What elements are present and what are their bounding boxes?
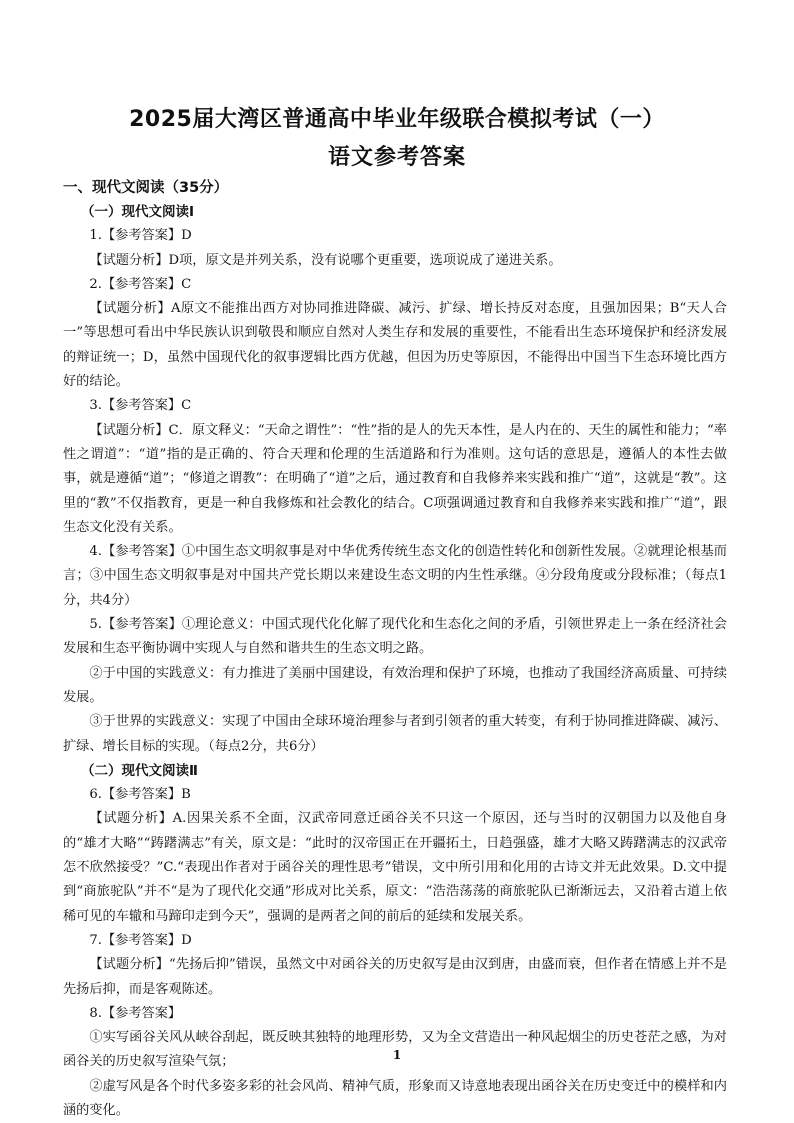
answer-q5-point-2: ②于中国的实践意义：有力推进了美丽中国建设，有效治理和保护了环境，也推动了我国经… [63, 662, 727, 711]
answer-q1: 1.【参考答案】D [63, 224, 727, 248]
document-page: 2025届大湾区普通高中毕业年级联合模拟考试（一） 语文参考答案 一、现代文阅读… [0, 0, 794, 1123]
document-body: 一、现代文阅读（35分） （一）现代文阅读Ⅰ 1.【参考答案】D 【试题分析】D… [63, 176, 727, 1123]
subsection-heading-reading-2: （二）现代文阅读Ⅱ [63, 759, 727, 783]
page-number: 1 [0, 1048, 794, 1062]
answer-q7: 7.【参考答案】D [63, 929, 727, 953]
document-subtitle: 语文参考答案 [0, 143, 794, 173]
answer-q8-point-2: ②虚写风是各个时代多姿多彩的社会风尚、精神气质，形象而又诗意地表现出函谷关在历史… [63, 1075, 727, 1123]
analysis-q7: 【试题分析】“先扬后抑”错误，虽然文中对函谷关的历史叙写是由汉到唐，由盛而衰，但… [63, 953, 727, 1002]
answer-q4: 4.【参考答案】①中国生态文明叙事是对中华优秀传统生态文化的创造性转化和创新性发… [63, 540, 727, 613]
answer-q6: 6.【参考答案】B [63, 783, 727, 807]
document-title: 2025届大湾区普通高中毕业年级联合模拟考试（一） [0, 105, 794, 135]
analysis-q3: 【试题分析】C．原文释义：“天命之谓性”：“性”指的是人的先天本性，是人内在的、… [63, 419, 727, 540]
answer-q3: 3.【参考答案】C [63, 394, 727, 418]
section-heading-modern-reading: 一、现代文阅读（35分） [63, 176, 727, 200]
analysis-q6: 【试题分析】A.因果关系不全面，汉武帝同意迁函谷关不只这一个原因，还与当时的汉朝… [63, 807, 727, 928]
answer-q8: 8.【参考答案】 [63, 1002, 727, 1026]
answer-q5-point-1: 5.【参考答案】①理论意义：中国式现代化化解了现代化和生态化之间的矛盾，引领世界… [63, 613, 727, 662]
subsection-heading-reading-1: （一）现代文阅读Ⅰ [63, 200, 727, 224]
analysis-q2: 【试题分析】A原文不能推出西方对协同推进降碳、减污、扩绿、增长持反对态度，且强加… [63, 297, 727, 394]
answer-q2: 2.【参考答案】C [63, 273, 727, 297]
analysis-q1: 【试题分析】D项，原文是并列关系，没有说哪个更重要，选项说成了递进关系。 [63, 249, 727, 273]
answer-q5-point-3: ③于世界的实践意义：实现了中国由全球环境治理参与者到引领者的重大转变，有利于协同… [63, 710, 727, 759]
